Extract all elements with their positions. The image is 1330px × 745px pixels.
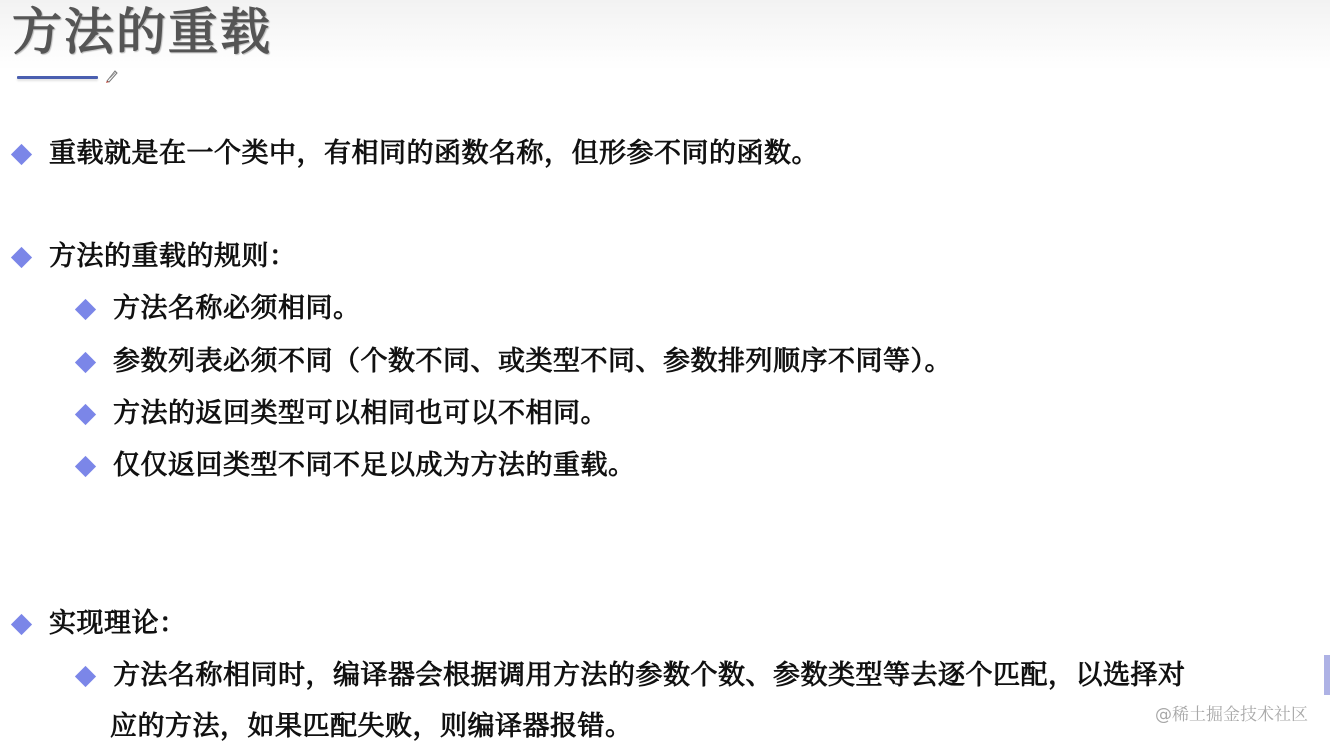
watermark: @稀土掘金技术社区 <box>1155 700 1308 725</box>
theory-text-line2: 应的方法，如果匹配失败，则编译器报错。 <box>110 709 633 745</box>
bullet-definition: 重载就是在一个类中，有相同的函数名称，但形参不同的函数。 <box>0 136 819 172</box>
rule-item: 方法名称必须相同。 <box>0 291 361 327</box>
title-underline <box>17 76 98 79</box>
rules-heading: 方法的重载的规则： <box>49 239 297 275</box>
edge-artifact <box>1324 655 1330 695</box>
bullet-theory-heading: 实现理论： <box>0 606 187 642</box>
rule-item: 参数列表必须不同（个数不同、或类型不同、参数排列顺序不同等）。 <box>0 344 952 380</box>
diamond-bullet-icon <box>11 246 32 267</box>
diamond-bullet-icon <box>75 455 96 476</box>
diamond-bullet-icon <box>75 298 96 319</box>
diamond-bullet-icon <box>75 403 96 424</box>
theory-item: 方法名称相同时，编译器会根据调用方法的参数个数、参数类型等去逐个匹配，以选择对 <box>0 658 1186 694</box>
bullet-rules-heading: 方法的重载的规则： <box>0 239 297 275</box>
rule-text: 方法的返回类型可以相同也可以不相同。 <box>113 396 608 432</box>
rule-text: 方法名称必须相同。 <box>113 291 361 327</box>
rule-item: 仅仅返回类型不同不足以成为方法的重载。 <box>0 448 636 484</box>
diamond-bullet-icon <box>11 613 32 634</box>
rule-text: 参数列表必须不同（个数不同、或类型不同、参数排列顺序不同等）。 <box>113 344 952 380</box>
theory-heading: 实现理论： <box>49 606 187 642</box>
pen-icon <box>104 68 120 84</box>
diamond-bullet-icon <box>75 665 96 686</box>
rule-text: 仅仅返回类型不同不足以成为方法的重载。 <box>113 448 636 484</box>
page-title: 方法的重载 <box>12 2 272 62</box>
theory-text-line1: 方法名称相同时，编译器会根据调用方法的参数个数、参数类型等去逐个匹配，以选择对 <box>113 658 1186 694</box>
diamond-bullet-icon <box>75 351 96 372</box>
rule-item: 方法的返回类型可以相同也可以不相同。 <box>0 396 608 432</box>
diamond-bullet-icon <box>11 143 32 164</box>
definition-text: 重载就是在一个类中，有相同的函数名称，但形参不同的函数。 <box>49 136 819 172</box>
